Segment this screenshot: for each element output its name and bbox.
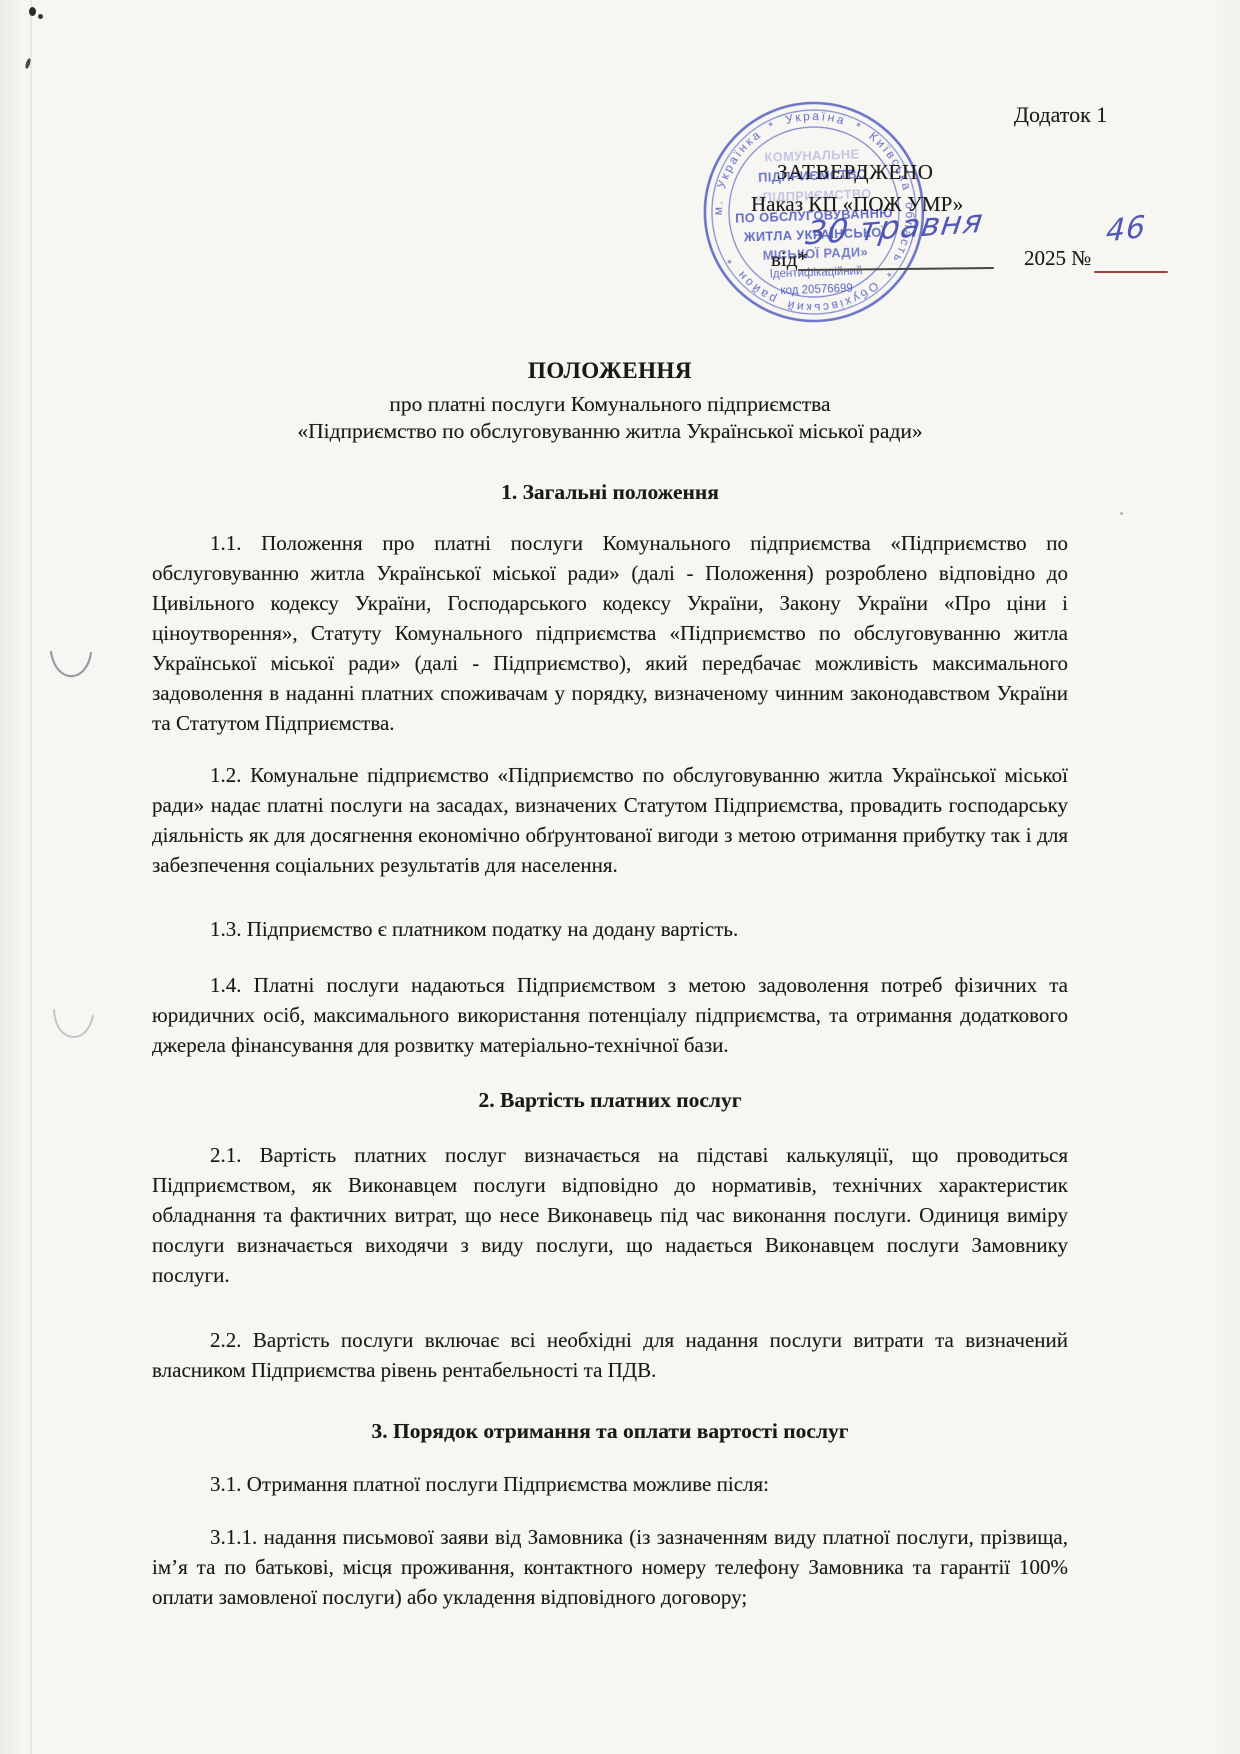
stamp-line: код 20576699 (780, 283, 853, 298)
scanned-document-page: м. Українка * Україна * Київська область… (0, 0, 1240, 1754)
paragraph: 1.2. Комунальне підприємство «Підприємст… (152, 760, 1068, 880)
document-subtitle-line: про платні послуги Комунального підприєм… (152, 389, 1068, 419)
approved-label: ЗАТВЕРДЖЕНО (777, 157, 934, 187)
paragraph: 1.4. Платні послуги надаються Підприємст… (152, 970, 1068, 1060)
paragraph: 1.1. Положення про платні послуги Комуна… (152, 528, 1068, 738)
paragraph: 2.2. Вартість послуги включає всі необхі… (152, 1325, 1068, 1385)
section-heading: 3. Порядок отримання та оплати вартості … (152, 1416, 1068, 1446)
order-year-number-label: 2025 № (1024, 243, 1091, 273)
handwritten-order-number: 46 (1105, 209, 1147, 249)
paragraph: 2.1. Вартість платних послуг визначаєтьс… (152, 1140, 1068, 1290)
number-underline (1094, 271, 1168, 273)
scan-edge-line (30, 0, 32, 1754)
document-title: ПОЛОЖЕННЯ (152, 356, 1068, 386)
paragraph: 3.1. Отримання платної послуги Підприємс… (152, 1469, 1068, 1499)
section-heading: 1. Загальні положення (152, 477, 1068, 507)
paragraph: 3.1.1. надання письмової заяви від Замов… (152, 1522, 1068, 1612)
pen-mark-icon (48, 642, 100, 684)
paragraph: 1.3. Підприємство є платником податку на… (152, 914, 1068, 944)
scan-speck (1120, 512, 1123, 515)
scan-speck (38, 14, 43, 19)
section-heading: 2. Вартість платних послуг (152, 1085, 1068, 1115)
pen-mark-icon (50, 1002, 102, 1044)
document-subtitle-line: «Підприємство по обслуговуванню житла Ук… (152, 416, 1068, 446)
appendix-label: Додаток 1 (1014, 100, 1107, 130)
scan-speck (29, 7, 36, 16)
